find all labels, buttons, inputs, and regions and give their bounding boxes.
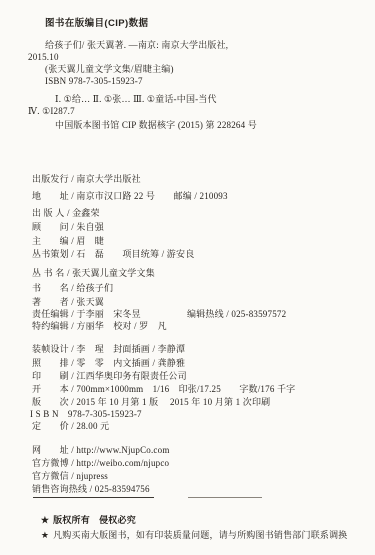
row-chief-editor: 主 编 / 眉 睫: [32, 236, 104, 247]
row-sales-hotline: 销售咨询热线 / 025-83594756: [32, 484, 150, 495]
cip-index-line-1: Ⅰ. ①给… Ⅱ. ①张… Ⅲ. ①童话-中国-当代: [55, 94, 217, 105]
row-format: 开 本 / 700mm×1000mm 1/16 印张/17.25 字数/176 …: [32, 384, 295, 395]
row-printing: 印 刷 / 江西华奥印务有限责任公司: [32, 371, 187, 382]
row-publisher-person: 出 版 人 / 金鑫荣: [32, 208, 100, 219]
star-bullet-icon: ★: [41, 530, 49, 540]
cip-index-line-2: Ⅳ. ①I287.7: [28, 106, 75, 117]
row-edition: 版 次 / 2015 年 10 月第 1 版 2015 年 10 月第 1 次印…: [32, 397, 270, 408]
divider-rule-left: [33, 497, 154, 498]
row-series-name: 丛 书 名 / 张天翼儿童文学文集: [32, 268, 155, 279]
row-responsible-editor: 责任编辑 / 于李丽 宋冬昱: [32, 309, 141, 320]
cip-isbn: ISBN 978-7-305-15923-7: [45, 76, 143, 87]
row-price: 定 价 / 28.00 元: [32, 421, 109, 432]
cip-record-line-1: 给孩子们/ 张天翼著. —南京: 南京大学出版社,: [45, 40, 228, 51]
row-special-editor: 特约编辑 / 方丽华 校对 / 罗 凡: [32, 321, 167, 332]
row-address: 地 址 / 南京市汉口路 22 号 邮编 / 210093: [32, 191, 228, 202]
cip-title: 图书在版编目(CIP)数据: [45, 18, 148, 29]
divider-rule-right: [188, 497, 262, 498]
exchange-notice: 凡购买南大版图书，如有印装质量问题，请与所购图书销售部门联系调换: [53, 530, 347, 540]
row-consultant: 顾 问 / 朱自强: [32, 222, 104, 233]
row-design: 装帧设计 / 李 瑆 封面插画 / 李静潭: [32, 344, 185, 355]
editor-hotline: 编辑热线 / 025-83597572: [187, 309, 286, 320]
cip-colophon-page: 图书在版编目(CIP)数据 给孩子们/ 张天翼著. —南京: 南京大学出版社, …: [0, 0, 375, 555]
row-typesetting: 照 排 / 零 零 内文插画 / 龚静雅: [32, 358, 185, 369]
row-website: 网 址 / http://www.NjupCo.com: [32, 445, 170, 456]
cip-record-line-2: 2015.10: [28, 52, 59, 63]
cip-series-note: (张天翼儿童文学文集/眉睫主编): [45, 64, 174, 75]
row-series-planning: 丛书策划 / 石 磊 项目统筹 / 游安良: [32, 249, 194, 260]
cip-registry-note: 中国版本图书馆 CIP 数据核字 (2015) 第 228264 号: [55, 120, 257, 131]
row-book-name: 书 名 / 给孩子们: [32, 283, 113, 294]
exchange-notice-line: ★凡购买南大版图书，如有印装质量问题，请与所购图书销售部门联系调换: [31, 519, 348, 552]
row-author: 著 者 / 张天翼: [32, 297, 104, 308]
row-wechat: 官方微信 / njupress: [32, 471, 108, 482]
row-weibo: 官方微博 / http://weibo.com/njupco: [32, 458, 169, 469]
row-isbn: I S B N 978-7-305-15923-7: [30, 409, 142, 420]
row-publisher: 出版发行 / 南京大学出版社: [32, 174, 141, 185]
